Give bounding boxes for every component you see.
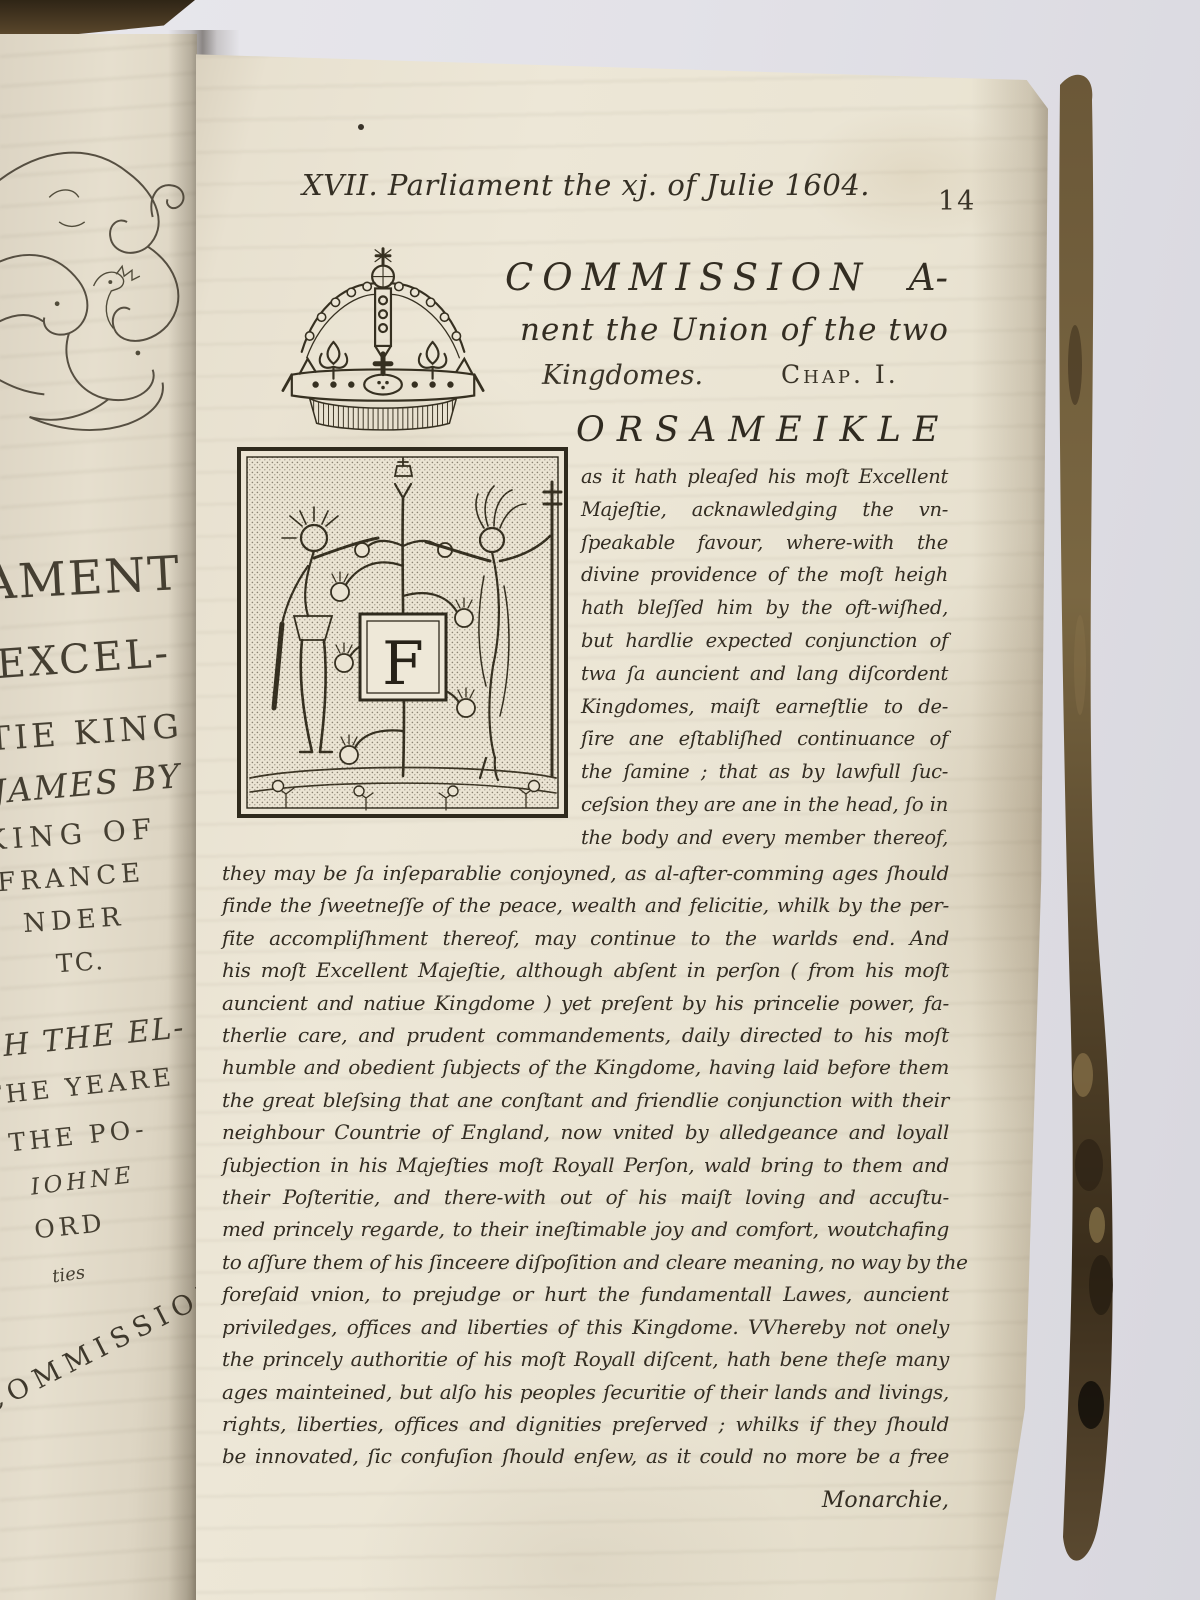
text-line: finde the ſweetneſſe of the peace, wealt…	[222, 889, 949, 921]
text-line: therlie care, and prudent commandements,…	[222, 1019, 949, 1051]
text-line: ſpeakable favour, where-with the	[581, 527, 948, 560]
chapter-title-kingdomes: Kingdomes.	[542, 360, 703, 391]
chapter-title-hyphen-break: A-	[909, 256, 948, 299]
left-page-text-fragment: EXCEL-	[0, 630, 173, 688]
left-page-text-fragment: JAMES BY	[0, 756, 183, 811]
text-line: the princely authoritie of his moſt Roya…	[222, 1343, 949, 1375]
text-line: divine providence of the moſt heigh	[581, 559, 948, 592]
text-line: twa ſa auncient and lang diſcordent	[581, 658, 948, 691]
text-line: priviledges, offices and liberties of th…	[222, 1311, 949, 1343]
text-line: auncient and natiue Kingdome ) yet preſe…	[222, 987, 949, 1019]
chapter-title-line3: Kingdomes. Chap. I.	[542, 360, 942, 391]
text-line: as it hath pleaſed his moſt Excellent	[581, 461, 948, 494]
catchword: Monarchie,	[222, 1488, 949, 1513]
ink-spot	[358, 124, 364, 130]
left-page-text-fragment: NDER	[22, 902, 126, 939]
left-page-text-fragment: AMENT	[0, 546, 182, 611]
text-line: neighbour Countrie of England, now vnite…	[222, 1116, 949, 1148]
left-page-text-fragment: IOHNE	[29, 1162, 136, 1201]
text-line: ceſsion they are ane in the head, ſo in	[581, 789, 948, 822]
chapter-title-word: COMMISSION	[505, 256, 871, 299]
decorated-initial-F-woodcut: F	[236, 446, 569, 819]
left-page-text-fragment: FRANCE	[0, 858, 146, 898]
text-line: hath bleſſed him by the oft-wiſhed,	[581, 592, 948, 625]
text-line: to aſſure them of his ſinceere diſpoſiti…	[222, 1246, 949, 1278]
text-line: their Poſteritie, and there-with out of …	[222, 1181, 949, 1213]
chapter-number: Chap. I.	[781, 360, 899, 391]
opening-word: ORSAMEIKLE	[576, 410, 952, 450]
text-line: they may be ſa inſeparablie conjoyned, a…	[222, 857, 949, 889]
text-line: Kingdomes, maiſt earneſtlie to de-	[581, 691, 948, 724]
text-line: ſire ane eſtabliſhed continuance of	[581, 723, 948, 756]
text-line: rights, liberties, offices and dignities…	[222, 1408, 949, 1440]
antique-book-photo: AMENTEXCEL-ITIE KINGJAMES BYKING OFFRANC…	[0, 0, 1200, 1600]
text-line: ages mainteined, but alſo his peoples ſe…	[222, 1376, 949, 1408]
text-line: med princely regarde, to their ineſtimab…	[222, 1213, 949, 1245]
text-line: his moſt Excellent Majeſtie, although ab…	[222, 954, 949, 986]
text-line: the ſamine ; that as by lawfull ſuc-	[581, 756, 948, 789]
left-page-text-fragment: KING OF	[0, 812, 158, 857]
left-page-text-fragment: ORD	[33, 1208, 107, 1244]
text-line: be innovated, ſic confuſion ſhould enſew…	[222, 1440, 949, 1472]
initial-letter: F	[382, 629, 424, 699]
royal-crown-woodcut	[272, 242, 500, 432]
left-page-text-fragment: THE PO-	[7, 1114, 149, 1157]
running-head: XVII. Parliament the xj. of Julie 1604.	[286, 168, 886, 202]
left-page-text-fragment: H THE EL-	[1, 1010, 187, 1064]
text-line: the body and every member thereof,	[581, 822, 948, 855]
left-page-text-fragment: ties	[51, 1262, 86, 1287]
text-line: the great bleſsing that ane conſtant and…	[222, 1084, 949, 1116]
text-line: ſubjection in his Majeſties moſt Royall …	[222, 1149, 949, 1181]
text-line: but hardlie expected conjunction of	[581, 625, 948, 658]
left-page-text-fragment: THE YEARE	[0, 1062, 177, 1111]
text-column-beside-woodcut: as it hath pleaſed his moſt ExcellentMaj…	[581, 461, 948, 855]
text-line: foreſaid vnion, to prejudge or hurt the …	[222, 1278, 949, 1310]
left-page-text-fragment: ITIE KING	[0, 706, 184, 760]
left-page-text-fragment: TC.	[55, 946, 106, 978]
text-line: Majeſtie, acknawledging the vn-	[581, 494, 948, 527]
text-line: fite accompliſhment thereof, may continu…	[222, 922, 949, 954]
chapter-title-line1: COMMISSION A-	[505, 256, 948, 299]
body-text-block: they may be ſa inſeparablie conjoyned, a…	[222, 857, 949, 1473]
chapter-title-line2: nent the Union of the two	[520, 312, 946, 348]
page-number: 14	[938, 186, 976, 217]
text-line: humble and obedient ſubjects of the King…	[222, 1051, 949, 1083]
